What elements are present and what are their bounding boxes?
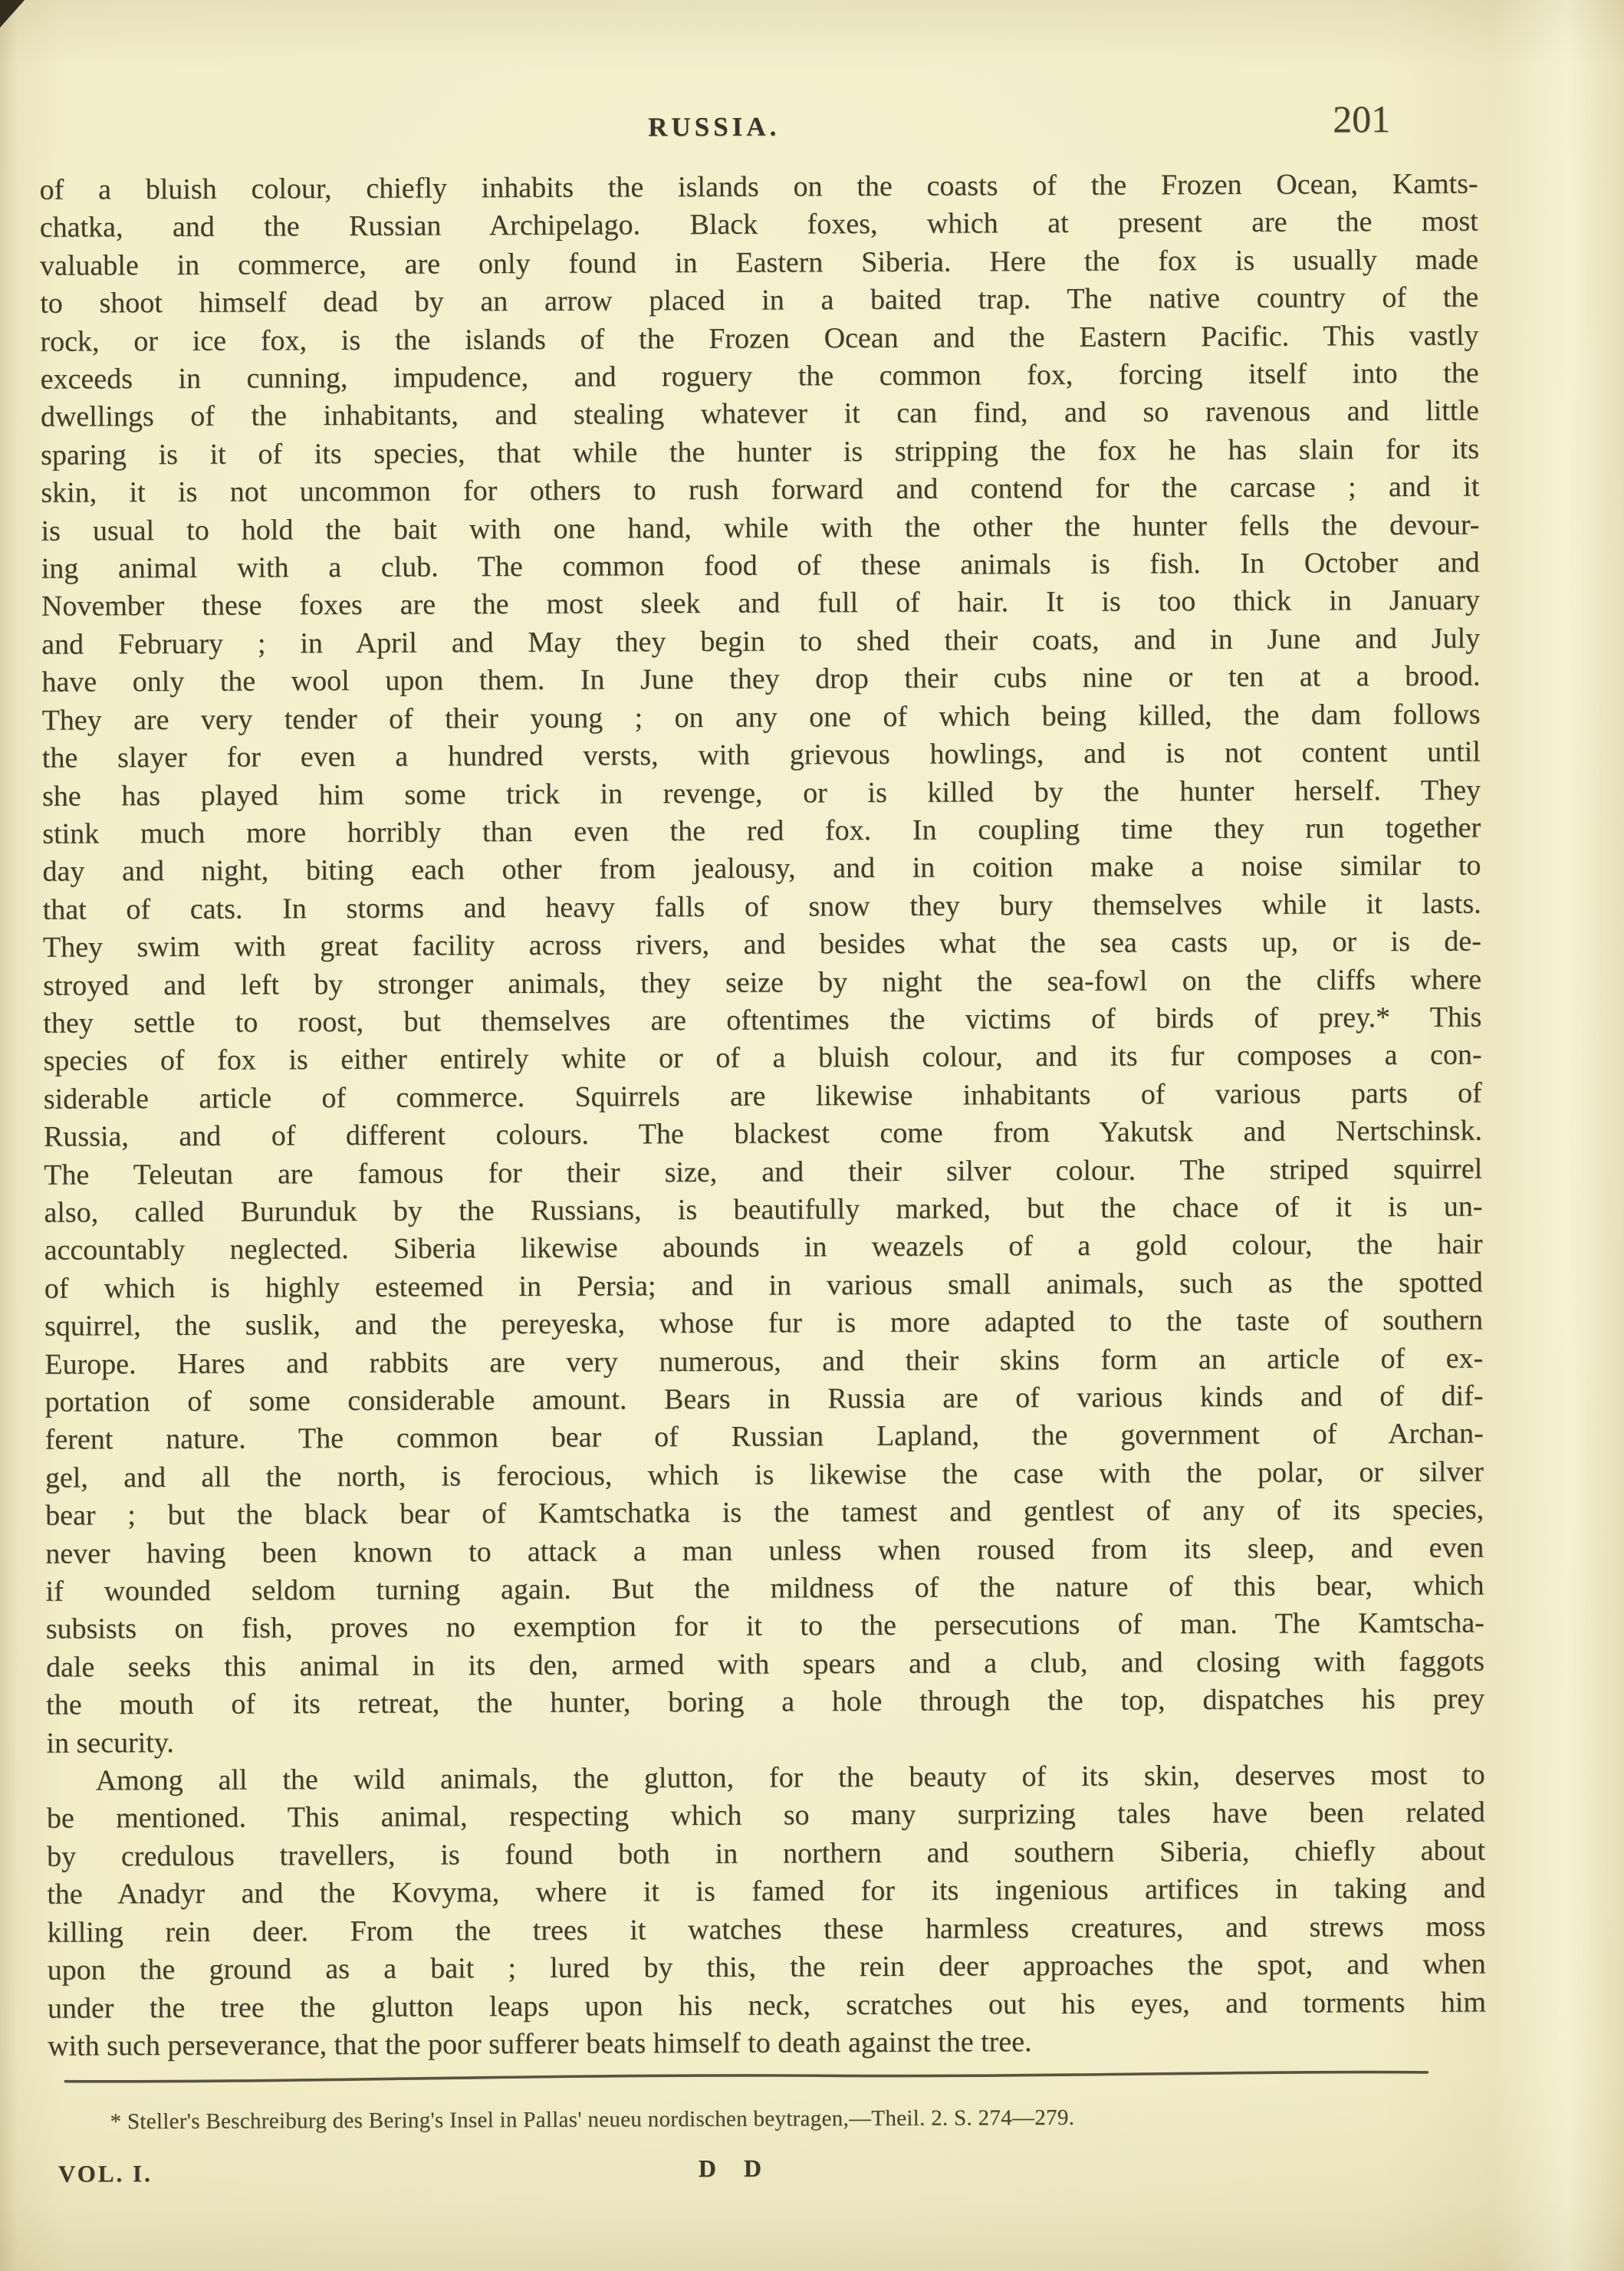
text-line: valuable in commerce, are only found in …: [40, 241, 1478, 285]
paragraph: of a bluish colour, chiefly inhabits the…: [40, 166, 1485, 1763]
volume-label: VOL. I.: [58, 2160, 153, 2188]
text-line: Europe. Hares and rabbits are very numer…: [44, 1339, 1483, 1384]
text-line: to shoot himself dead by an arrow placed…: [40, 279, 1478, 324]
page-content: RUSSIA. 201 of a bluish colour, chiefly …: [0, 0, 1624, 2271]
text-line: gel, and all the north, is ferocious, wh…: [45, 1453, 1484, 1497]
text-line: squirrel, the suslik, and the pereyeska,…: [44, 1302, 1483, 1346]
text-line: she has played him some trick in revenge…: [42, 771, 1481, 816]
text-line: killing rein deer. From the trees it wat…: [47, 1908, 1485, 1952]
text-line: sparing is it of its species, that while…: [41, 430, 1479, 475]
text-line: have only the wool upon them. In June th…: [41, 658, 1480, 702]
paragraph: Among all the wild animals, the glutton,…: [47, 1757, 1487, 2066]
text-line: exceeds in cunning, impudence, and rogue…: [41, 355, 1479, 399]
text-line: under the tree the glutton leaps upon hi…: [48, 1983, 1486, 2028]
text-line: Russia, and of different colours. The bl…: [44, 1112, 1482, 1157]
text-line: and February ; in April and May they beg…: [41, 620, 1480, 664]
text-line: stroyed and left by stronger animals, th…: [43, 961, 1481, 1005]
text-line: They swim with great facility across riv…: [43, 923, 1481, 968]
signature-mark: D D: [699, 2154, 772, 2183]
text-line: subsists on fish, proves no exemption fo…: [46, 1605, 1484, 1649]
text-line: also, called Burunduk by the Russians, i…: [44, 1188, 1482, 1233]
text-line: chatka, and the Russian Archipelago. Bla…: [40, 203, 1478, 248]
text-line: the slayer for even a hundred versts, wi…: [42, 734, 1481, 778]
text-line: ferent nature. The common bear of Russia…: [45, 1415, 1484, 1460]
text-line: day and night, biting each other from je…: [42, 847, 1481, 892]
text-line: dwellings of the inhabitants, and steali…: [41, 393, 1479, 437]
body-text: of a bluish colour, chiefly inhabits the…: [40, 166, 1487, 2066]
text-line: skin, it is not uncommon for others to r…: [41, 468, 1479, 513]
text-line: portation of some considerable amount. B…: [44, 1378, 1483, 1422]
text-line: in security.: [46, 1718, 1484, 1763]
text-line: species of fox is either entirely white …: [43, 1037, 1481, 1081]
text-line: November these foxes are the most sleek …: [41, 582, 1480, 626]
text-line: siderable article of commerce. Squirrels…: [44, 1074, 1482, 1119]
text-line: upon the ground as a bait ; lured by thi…: [48, 1946, 1486, 1990]
book-page: RUSSIA. 201 of a bluish colour, chiefly …: [0, 0, 1624, 2271]
text-line: the Anadyr and the Kovyma, where it is f…: [47, 1870, 1485, 1914]
text-line: of a bluish colour, chiefly inhabits the…: [40, 166, 1478, 210]
text-line: the mouth of its retreat, the hunter, bo…: [46, 1681, 1484, 1725]
footnote: * Steller's Beschreiburg des Bering's In…: [51, 2104, 1466, 2135]
text-line: be mentioned. This animal, respecting wh…: [47, 1794, 1485, 1839]
text-line: they settle to roost, but themselves are…: [43, 999, 1481, 1043]
text-line: if wounded seldom turning again. But the…: [45, 1567, 1484, 1612]
running-title: RUSSIA.: [648, 112, 780, 143]
text-line: is usual to hold the bait with one hand,…: [41, 506, 1479, 550]
page-number: 201: [1333, 97, 1390, 141]
text-line: Among all the wild animals, the glutton,…: [47, 1757, 1485, 1801]
text-line: stink much more horribly than even the r…: [42, 809, 1481, 853]
footnote-rule: [64, 2067, 1428, 2085]
text-line: by credulous travellers, is found both i…: [47, 1832, 1485, 1876]
text-line: bear ; but the black bear of Kamtschatka…: [45, 1491, 1484, 1536]
text-line: of which is highly esteemed in Persia; a…: [44, 1264, 1483, 1308]
text-line: dale seeks this animal in its den, armed…: [46, 1642, 1484, 1687]
text-line: The Teleutan are famous for their size, …: [44, 1150, 1482, 1195]
text-line: rock, or ice fox, is the islands of the …: [40, 317, 1478, 361]
text-line: with such perseverance, that the poor su…: [48, 2021, 1486, 2066]
text-line: ing animal with a club. The common food …: [41, 544, 1480, 589]
text-line: that of cats. In storms and heavy falls …: [43, 885, 1481, 929]
text-line: They are very tender of their young ; on…: [42, 695, 1481, 740]
text-line: never having been known to attack a man …: [45, 1529, 1484, 1573]
text-line: accountably neglected. Siberia likewise …: [44, 1226, 1483, 1270]
